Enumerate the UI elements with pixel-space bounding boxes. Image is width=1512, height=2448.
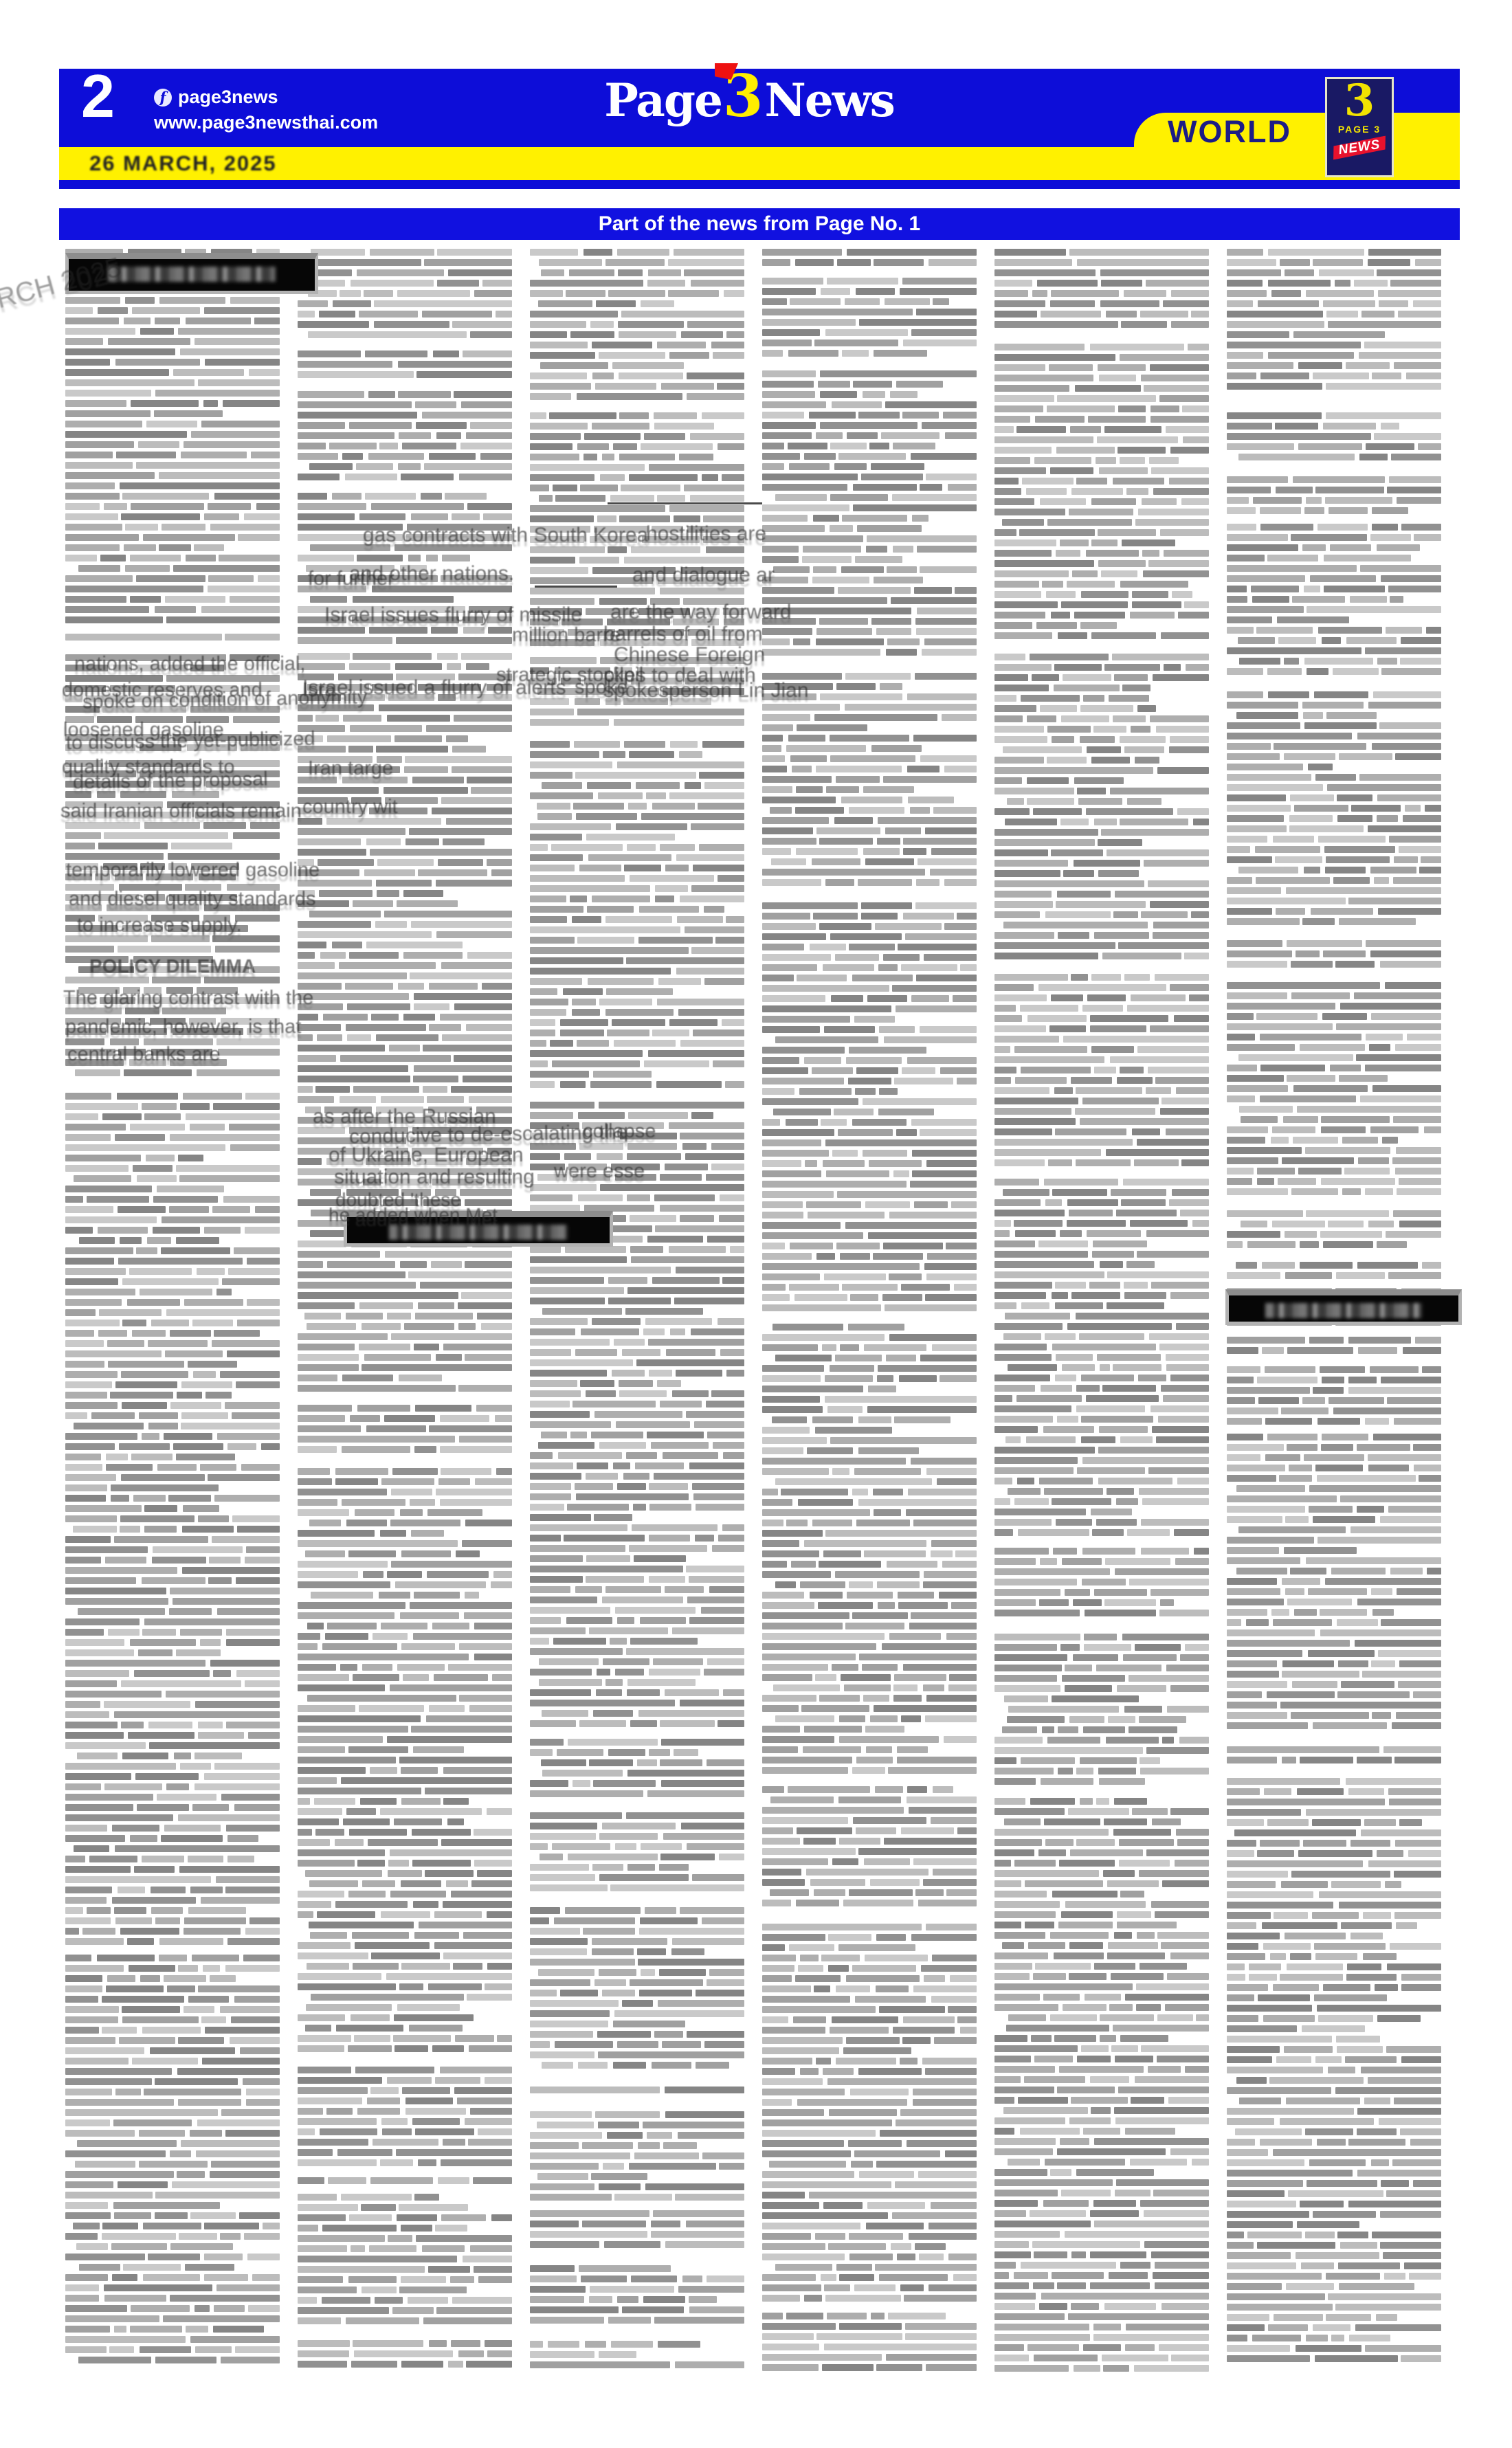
line-end-space [467,2286,512,2293]
word-blob [790,755,827,762]
word-blob [918,2171,977,2178]
word-blob [65,1917,111,1924]
word-blob [1098,1478,1173,1484]
word-blob [994,1015,1022,1022]
text-line [298,1612,512,1619]
text-line [1227,722,1441,729]
text-line [530,1864,744,1871]
word-blob [994,2190,1058,2196]
word-blob [689,1576,744,1583]
text-line [1227,544,1441,551]
word-blob [927,1253,977,1260]
word-blob [830,525,853,532]
word-blob [699,772,744,779]
word-blob [627,1194,650,1201]
word-blob [227,1856,254,1862]
line-end-space [439,2194,512,2201]
text-line [537,2122,744,2128]
word-blob [496,1468,512,1475]
text-line [65,2171,280,2178]
word-blob [674,1749,698,1756]
word-blob [876,628,912,635]
word-blob [427,1096,464,1103]
word-blob [713,1442,744,1449]
word-blob [298,1271,405,1278]
word-blob [1140,311,1188,318]
word-blob [530,331,567,338]
word-blob [234,1996,280,2003]
word-blob [332,942,362,948]
word-blob [65,1965,124,1972]
word-blob [1120,1436,1153,1443]
word-blob [762,1602,814,1609]
word-blob [184,441,280,448]
word-blob [619,515,670,522]
word-blob [994,529,1016,536]
word-blob [901,1715,921,1722]
word-blob [446,818,512,825]
text-line [762,1375,977,1382]
word-blob [65,1412,87,1419]
word-blob [387,1571,423,1578]
word-blob [647,280,685,287]
text-line [298,1468,512,1475]
word-blob [809,412,856,419]
word-blob [1059,2066,1144,2073]
word-blob [770,1796,834,1803]
text-line [298,2225,512,2232]
word-blob [194,2305,210,2312]
word-blob [1323,950,1366,957]
word-blob [1065,1901,1146,1908]
word-blob [1227,1506,1305,1513]
word-blob [994,2210,1026,2217]
word-blob [1300,2201,1344,2207]
word-blob [399,2204,468,2211]
word-blob [1098,870,1139,877]
word-blob [381,1911,430,1918]
word-blob [170,1402,222,1409]
word-blob [762,628,812,635]
word-blob [1227,423,1272,430]
word-blob [762,1201,803,1208]
word-blob [1120,736,1166,743]
text-line [994,2282,1209,2289]
text-line [65,596,280,603]
text-line [1227,300,1441,307]
word-blob [1180,1654,1209,1661]
word-blob [608,1277,647,1284]
text-line [65,410,280,417]
word-blob [115,1381,177,1388]
word-blob [897,1757,977,1763]
word-blob [326,2108,353,2115]
word-blob [1033,808,1082,815]
word-blob [1267,1691,1335,1698]
word-blob [876,1985,909,1992]
word-blob [1348,1387,1441,1394]
word-blob [859,319,977,326]
text-line [762,1181,977,1188]
word-blob [151,1907,183,1914]
text-line [762,1592,977,1599]
word-blob [837,259,870,266]
word-blob [617,2041,658,2048]
word-blob [1008,2014,1047,2021]
text-line [298,983,512,990]
word-blob [722,1524,744,1531]
word-blob [298,1024,341,1031]
text-line [530,2317,744,2324]
word-blob [538,1442,594,1449]
word-blob [593,1071,652,1078]
text-line [994,736,1209,743]
text-line [762,474,977,480]
word-blob [836,1243,880,1249]
word-blob [132,307,199,314]
word-blob [65,1732,124,1739]
word-blob [223,400,280,407]
word-blob [762,1458,906,1465]
word-blob [401,474,454,480]
word-blob [98,1330,128,1337]
text-line [762,1047,977,1054]
word-blob [65,1783,101,1790]
word-blob [1272,1126,1315,1133]
word-blob [1249,1963,1281,1970]
word-blob [179,2233,217,2240]
word-blob [426,1715,512,1722]
word-blob [540,362,608,369]
text-line [65,2192,280,2199]
word-blob [346,1520,388,1526]
word-blob [355,1942,430,1949]
word-blob [1283,1116,1318,1123]
word-blob [298,321,369,328]
word-blob [762,1344,818,1351]
text-line [298,1065,512,1072]
word-blob [1102,953,1181,959]
word-blob [1227,1231,1280,1238]
word-blob [530,1194,572,1201]
word-blob [994,767,1153,774]
word-blob [1227,280,1263,287]
word-blob [310,1932,348,1939]
word-blob [461,401,512,408]
word-blob [1117,1922,1177,1928]
word-blob [882,1294,922,1301]
line-end-space [953,1786,977,1793]
word-blob [1098,1768,1136,1774]
word-blob [1227,1241,1243,1248]
paragraph-gap [1227,464,1441,476]
text-line [298,746,512,753]
text-line [530,2241,744,2248]
word-blob [530,2031,593,2038]
word-blob [79,1237,115,1244]
word-blob [120,1928,179,1935]
word-blob [530,2241,599,2248]
text-line [994,1922,1209,1928]
text-line [762,933,977,940]
badge-caption: PAGE 3 [1327,124,1392,135]
word-blob [1394,1871,1441,1878]
text-line [298,2128,512,2135]
text-line [298,2204,512,2211]
word-blob [1021,2262,1116,2269]
word-blob [530,2010,610,2017]
word-blob [639,906,699,913]
word-blob [469,2045,512,2052]
word-blob [884,1036,977,1043]
text-line [298,1664,512,1671]
word-blob [1320,1231,1382,1238]
word-blob [155,318,180,324]
word-blob [1227,352,1263,359]
word-blob [649,1535,690,1542]
word-blob [616,823,687,830]
word-blob [1368,2077,1441,2084]
text-line [762,975,977,981]
word-blob [1115,1568,1209,1575]
word-blob [994,654,1025,660]
text-line [762,1561,977,1568]
word-blob [118,2181,168,2188]
word-blob [530,1669,592,1676]
word-blob [602,1990,636,1996]
word-blob [65,452,113,458]
word-blob [663,1452,718,1459]
text-line [762,515,977,522]
word-blob [1370,1366,1419,1373]
text-line [65,1443,280,1450]
word-blob [1102,1385,1155,1392]
line-end-space [464,1818,512,1825]
word-blob [805,1160,818,1167]
word-blob [220,2006,280,2013]
word-blob [451,1086,512,1093]
word-blob [1236,1262,1257,1269]
word-blob [128,1732,194,1739]
word-blob [903,838,977,845]
word-blob [248,2305,280,2312]
website-url: www.page3newsthai.com [154,112,378,133]
word-blob [1185,1644,1209,1651]
text-line [530,1390,744,1397]
word-blob [1268,249,1364,256]
ghost-text: Chinese Foreign [614,643,765,667]
word-blob [691,885,744,892]
word-blob [1107,849,1209,856]
line-end-space [1159,757,1209,764]
word-blob [1038,1240,1088,1247]
word-blob [65,1103,138,1110]
word-blob [1124,1292,1166,1299]
word-blob [1394,856,1418,863]
text-line [298,931,512,938]
word-blob [100,555,126,561]
word-blob [762,1447,803,1454]
word-blob [204,977,280,983]
word-blob [1170,1685,1209,1692]
word-blob [901,1827,954,1834]
word-blob [652,803,695,810]
text-line [307,1323,512,1330]
word-blob [852,1489,868,1495]
word-blob [427,1571,489,1578]
text-line [762,370,977,377]
word-blob [1382,1137,1399,1144]
word-blob [236,1670,280,1677]
word-blob [832,1858,858,1865]
word-blob [695,1535,714,1542]
word-blob [1113,911,1137,918]
text-line [772,1416,977,1423]
line-end-space [258,1835,280,1842]
text-line [530,1917,744,1924]
word-blob [1419,1475,1441,1482]
word-blob [1401,637,1441,644]
word-blob [1306,2335,1328,2341]
word-blob [178,1155,203,1161]
text-line [309,463,512,470]
word-blob [298,453,338,460]
word-blob [830,755,915,762]
word-blob [530,2351,594,2358]
word-blob [298,1952,368,1959]
word-blob [592,1938,667,1945]
word-blob [665,1689,719,1696]
text-line [994,1405,1209,1412]
line-end-space [482,1509,512,1516]
word-blob [392,2307,433,2314]
word-blob [1114,1932,1132,1939]
word-blob [1379,2118,1441,2125]
word-blob [65,1381,112,1388]
paragraph-gap [762,1315,977,1324]
word-blob [720,1349,744,1356]
text-line [298,443,512,449]
word-blob [414,1932,459,1939]
word-blob [429,1024,461,1031]
text-line [994,280,1209,287]
word-blob [353,900,393,907]
word-blob [1227,2335,1247,2341]
word-blob [610,1638,627,1645]
word-blob [1160,529,1209,536]
word-blob [201,1897,280,1904]
word-blob [298,1818,339,1825]
word-blob [171,843,232,849]
word-blob [121,513,200,520]
word-blob [917,546,977,553]
word-blob [404,1323,454,1330]
word-blob [630,1979,703,1986]
word-blob [454,391,512,398]
text-line [530,1948,744,1955]
word-blob [65,1985,102,1992]
word-blob [816,2333,902,2340]
word-blob [530,1555,583,1562]
word-blob [994,1395,1012,1402]
word-blob [438,2177,469,2184]
word-blob [464,1612,512,1619]
word-blob [1104,1818,1148,1825]
text-line [994,1599,1209,1606]
word-blob [436,2307,512,2314]
word-blob [788,443,827,449]
word-blob [1398,1681,1441,1688]
word-blob [317,1911,376,1918]
text-line [1227,1588,1441,1595]
text-line [1227,1819,1441,1826]
word-blob [367,2098,400,2104]
word-blob [349,952,399,959]
word-blob [786,2313,823,2319]
word-blob [1403,1347,1441,1354]
word-blob [1227,1712,1287,1719]
text-line [65,1567,280,1574]
word-blob [859,2171,913,2178]
word-blob [122,1320,146,1326]
text-line [762,1365,977,1372]
word-blob [797,2099,907,2106]
word-blob [1030,1798,1075,1805]
word-blob [298,1561,388,1568]
word-blob [463,350,512,357]
word-blob [762,1838,800,1845]
text-line [994,1179,1209,1186]
text-line [994,344,1209,350]
word-blob [140,1289,212,1295]
word-blob [170,2243,233,2250]
word-blob [364,1354,431,1361]
text-line [298,311,512,318]
text-line [65,1186,280,1192]
text-line [308,290,512,297]
word-blob [816,766,902,772]
word-blob [994,457,1030,464]
word-blob [1103,2365,1129,2372]
word-blob [815,2233,845,2240]
word-blob [415,401,456,408]
word-blob [560,1990,598,1996]
word-blob [305,2025,331,2032]
word-blob [908,797,954,803]
word-blob [1227,982,1380,989]
word-blob [552,1843,610,1850]
word-blob [848,1078,891,1084]
word-blob [1052,1292,1068,1299]
text-line [1008,1488,1209,1495]
word-blob [1166,1364,1209,1371]
word-blob [1255,846,1321,853]
word-blob [994,426,1014,433]
word-blob [762,1900,791,1906]
text-line [298,513,512,520]
word-blob [796,1900,839,1906]
word-blob [298,1282,416,1289]
word-blob [1050,2169,1071,2176]
word-blob [1014,1860,1056,1867]
word-blob [762,484,847,491]
paragraph-gap [762,269,977,278]
word-blob [1096,1798,1109,1805]
word-blob [1326,712,1376,719]
text-line [530,505,744,512]
word-blob [850,1294,878,1301]
word-blob [530,485,549,491]
